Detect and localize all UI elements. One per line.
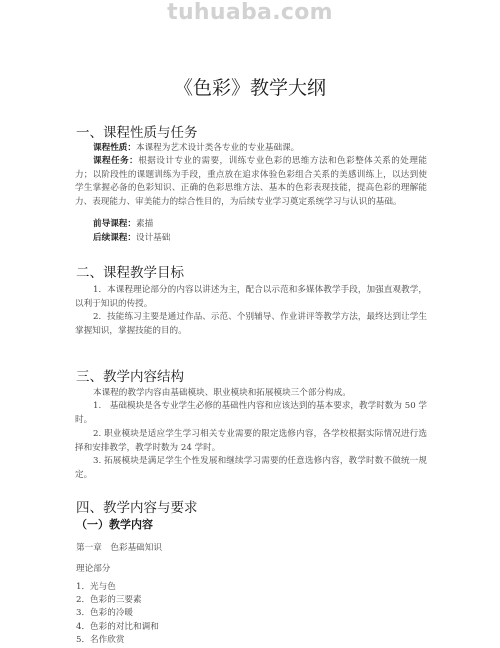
topic-list: 1．光与色 2．色彩的三要素 3．色彩的冷暖 4．色彩的对比和调和 5．名作欣赏 — [76, 581, 428, 647]
section1-heading: 一、课程性质与任务 — [76, 124, 428, 142]
followup-value: 设计基础 — [136, 233, 170, 243]
prereq-value: 素描 — [136, 219, 153, 229]
course-task: 课程任务：根据设计专业的需要，训练专业色彩的思维方法和色彩整体关系的处理能力；以… — [75, 155, 427, 209]
followup-course: 后续课程：设计基础 — [75, 232, 445, 246]
document-title: 《色彩》教学大纲 — [0, 76, 500, 100]
list-item: 4．色彩的对比和调和 — [76, 621, 428, 634]
section4-heading: 四、教学内容与要求 — [76, 499, 428, 517]
list-item: 1．光与色 — [76, 581, 428, 594]
followup-label: 后续课程： — [93, 233, 136, 243]
chapter-title: 第一章 色彩基础知识 — [76, 542, 428, 556]
structure-item-2: 2. 职业模块是适应学生学习相关专业需要的限定选修内容，各学校根据实际情况进行选… — [75, 428, 427, 455]
theory-part-label: 理论部分 — [76, 563, 428, 577]
course-nature: 课程性质：本课程为艺术设计类各专业的专业基础课。 — [75, 142, 427, 156]
course-nature-label: 课程性质： — [93, 143, 136, 153]
objective-item-2: 2．技能练习主要是通过作品、示范、个别辅导、作业讲评等教学方法，最终达到让学生掌… — [75, 311, 427, 338]
list-item: 3．色彩的冷暖 — [76, 607, 428, 620]
prereq-course: 前导课程：素描 — [75, 218, 445, 232]
watermark: tuhuaba.com — [0, 0, 500, 26]
teaching-content-subheading: （一）教学内容 — [76, 518, 428, 532]
structure-intro: 本课程的教学内容由基础模块、职业模块和拓展模块三个部分构成。 — [75, 387, 427, 401]
prereq-label: 前导课程： — [93, 219, 136, 229]
section2-heading: 二、课程教学目标 — [76, 264, 428, 282]
course-task-label: 课程任务： — [93, 156, 138, 166]
objective-item-1: 1．本课程理论部分的内容以讲述为主，配合以示范和多媒体教学手段，加强直观教学，以… — [75, 284, 427, 311]
structure-item-3: 3. 拓展模块是满足学生个性发展和继续学习需要的任意选修内容，教学时数不做统一规… — [75, 455, 427, 482]
list-item: 5．名作欣赏 — [76, 634, 428, 647]
structure-item-1: 1. 基础模块是各专业学生必修的基础性内容和应该达到的基本要求，教学时数为 50… — [75, 400, 427, 427]
course-nature-text: 本课程为艺术设计类各专业的专业基础课。 — [136, 143, 299, 153]
section3-heading: 三、教学内容结构 — [76, 368, 428, 386]
list-item: 2．色彩的三要素 — [76, 594, 428, 607]
